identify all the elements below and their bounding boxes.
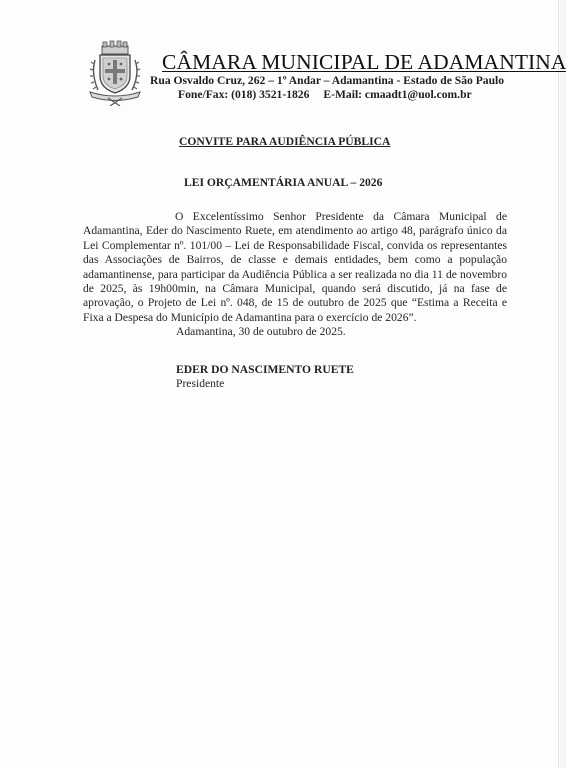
signatory-name: EDER DO NASCIMENTO RUETE [176, 363, 354, 376]
signatory-role: Presidente [176, 377, 224, 390]
institution-name: CÂMARA MUNICIPAL DE ADAMANTINA [162, 50, 566, 75]
institution-address: Rua Osvaldo Cruz, 262 – 1º Andar – Adama… [150, 74, 504, 87]
scan-edge-line [558, 0, 559, 768]
document-page: CÂMARA MUNICIPAL DE ADAMANTINA Rua Osval… [0, 0, 566, 768]
scan-edge-shade [560, 0, 566, 768]
date-line: Adamantina, 30 de outubro de 2025. [176, 325, 346, 338]
phone-number: Fone/Fax: (018) 3521-1826 [178, 88, 309, 101]
document-title: CONVITE PARA AUDIÊNCIA PÚBLICA [179, 135, 390, 148]
coat-of-arms-icon [86, 40, 144, 106]
invitation-body: O Excelentíssimo Senhor Presidente da Câ… [83, 210, 507, 325]
email-address: E-Mail: cmaadt1@uol.com.br [323, 88, 471, 101]
institution-contact: Fone/Fax: (018) 3521-1826E-Mail: cmaadt1… [178, 88, 472, 101]
document-subtitle: LEI ORÇAMENTÁRIA ANUAL – 2026 [184, 176, 382, 189]
